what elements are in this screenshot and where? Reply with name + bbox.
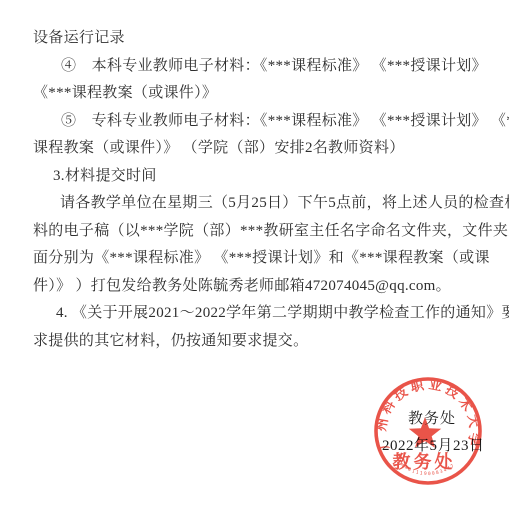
doc-line-item5-cont: 课程教案（或课件）》 （学院（部）安排2名教师资料） [33, 135, 485, 163]
doc-line-para1-cont3: 件）》 ）打包发给教务处陈毓秀老师邮箱472074045@qq.com。 [33, 273, 485, 301]
doc-line-equipment-record: 设备运行记录 [33, 25, 485, 53]
doc-line-item4-notice-cont: 求提供的其它材料，仍按通知要求提交。 [33, 328, 485, 356]
stamp-star-icon [409, 417, 441, 448]
doc-line-item5: ⑤ 专科专业教师电子材料：《***课程标准》 《***授课计划》 《*** [33, 108, 485, 136]
document-text: 设备运行记录 ④ 本科专业教师电子材料：《***课程标准》 《***授课计划》 … [33, 25, 485, 355]
official-seal-stamp: 广州科技职业技术大学 教务处 44011190083447 [368, 371, 488, 491]
doc-line-item4-notice: 4. 《关于开展2021～2022学年第二学期期中教学检查工作的通知》要 [33, 300, 485, 328]
document-page: { "page": { "lines": [ "设备运行记录", "④ 本科专业… [0, 0, 509, 517]
doc-line-para1: 请各教学单位在星期三（5月25日）下午5点前，将上述人员的检查材 [33, 190, 485, 218]
doc-line-item4-cont: 《***课程教案（或课件）》 [33, 80, 485, 108]
doc-line-para1-cont2: 面分别为《***课程标准》 《***授课计划》和《***课程教案（或课 [33, 245, 485, 273]
doc-line-item4: ④ 本科专业教师电子材料：《***课程标准》 《***授课计划》 [33, 53, 485, 81]
doc-line-section3-heading: 3.材料提交时间 [33, 163, 485, 191]
doc-line-para1-cont1: 料的电子稿（以***学院（部）***教研室主任名字命名文件夹，文件夹里 [33, 218, 485, 246]
